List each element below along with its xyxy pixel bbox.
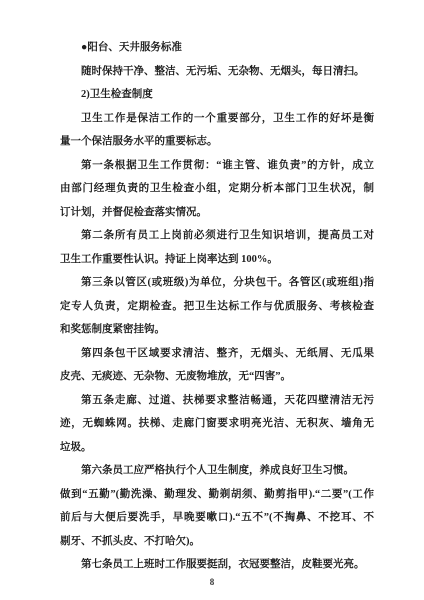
text-line: 第四条包干区域要求清洁、整齐，无烟头、无纸屑、无瓜果: [60, 342, 374, 366]
text-line: 卫生工作是保洁工作的一个重要部分，卫生工作的好坏是衡: [60, 107, 374, 131]
text-line: 第一条根据卫生工作贯彻：“谁主管、谁负责”的方针，成立: [60, 154, 374, 178]
text-line: 定专人负责，定期检查。把卫生达标工作与优质服务、考核检查: [60, 295, 374, 319]
text-line: 前后与大便后要洗手，早晚要嗽口).“五不”(不掏鼻、不挖耳、不: [60, 506, 374, 530]
text-line: 和奖惩制度紧密挂钩。: [60, 318, 374, 342]
document-body: ●阳台、天井服务标准 随时保持干净、整洁、无污垢、无杂物、无烟头，每日清扫。 2…: [60, 36, 374, 577]
bullet-list-item: ●阳台、天井服务标准: [60, 36, 374, 60]
text-line: 量一个保洁服务水平的重要标志。: [60, 130, 374, 154]
text-line: 第六条员工应严格执行个人卫生制度，养成良好卫生习惯。: [60, 459, 374, 483]
text-line: 迹，无蜘蛛网。扶梯、走廊门窗要求明亮光洁、无积灰、墙角无: [60, 412, 374, 436]
text-line: 由部门经理负责的卫生检查小组，定期分析本部门卫生状况，制: [60, 177, 374, 201]
text-line: 第七条员工上班时工作服要挺刮，衣冠要整洁，皮鞋要光亮。: [60, 553, 374, 577]
text-line: 第二条所有员工上岗前必须进行卫生知识培训，提高员工对: [60, 224, 374, 248]
text-line: 卫生工作重要性认识。持证上岗率达到 100%。: [60, 248, 374, 272]
text-line: 垃圾。: [60, 436, 374, 460]
text-line: 皮壳、无痰迹、无杂物、无废物堆放，无“四害”。: [60, 365, 374, 389]
text-line: 订计划，并督促检查落实情况。: [60, 201, 374, 225]
section-heading: 2)卫生检查制度: [60, 83, 374, 107]
document-page: { "page": { "background": "#ffffff", "te…: [0, 0, 424, 600]
text-line: 做到“五勤”(勤洗澡、勤理发、勤剃胡须、勤剪指甲).“二要”(工作: [60, 483, 374, 507]
page-number: 8: [0, 577, 424, 587]
text-line: 第五条走廊、过道、扶梯要求整洁畅通，天花四壁清洁无污: [60, 389, 374, 413]
text-line: 第三条以管区(或班级)为单位，分块包干。各管区(或班组)指: [60, 271, 374, 295]
text-line: 随时保持干净、整洁、无污垢、无杂物、无烟头，每日清扫。: [60, 60, 374, 84]
text-line: 剔牙、不抓头皮、不打哈欠)。: [60, 530, 374, 554]
